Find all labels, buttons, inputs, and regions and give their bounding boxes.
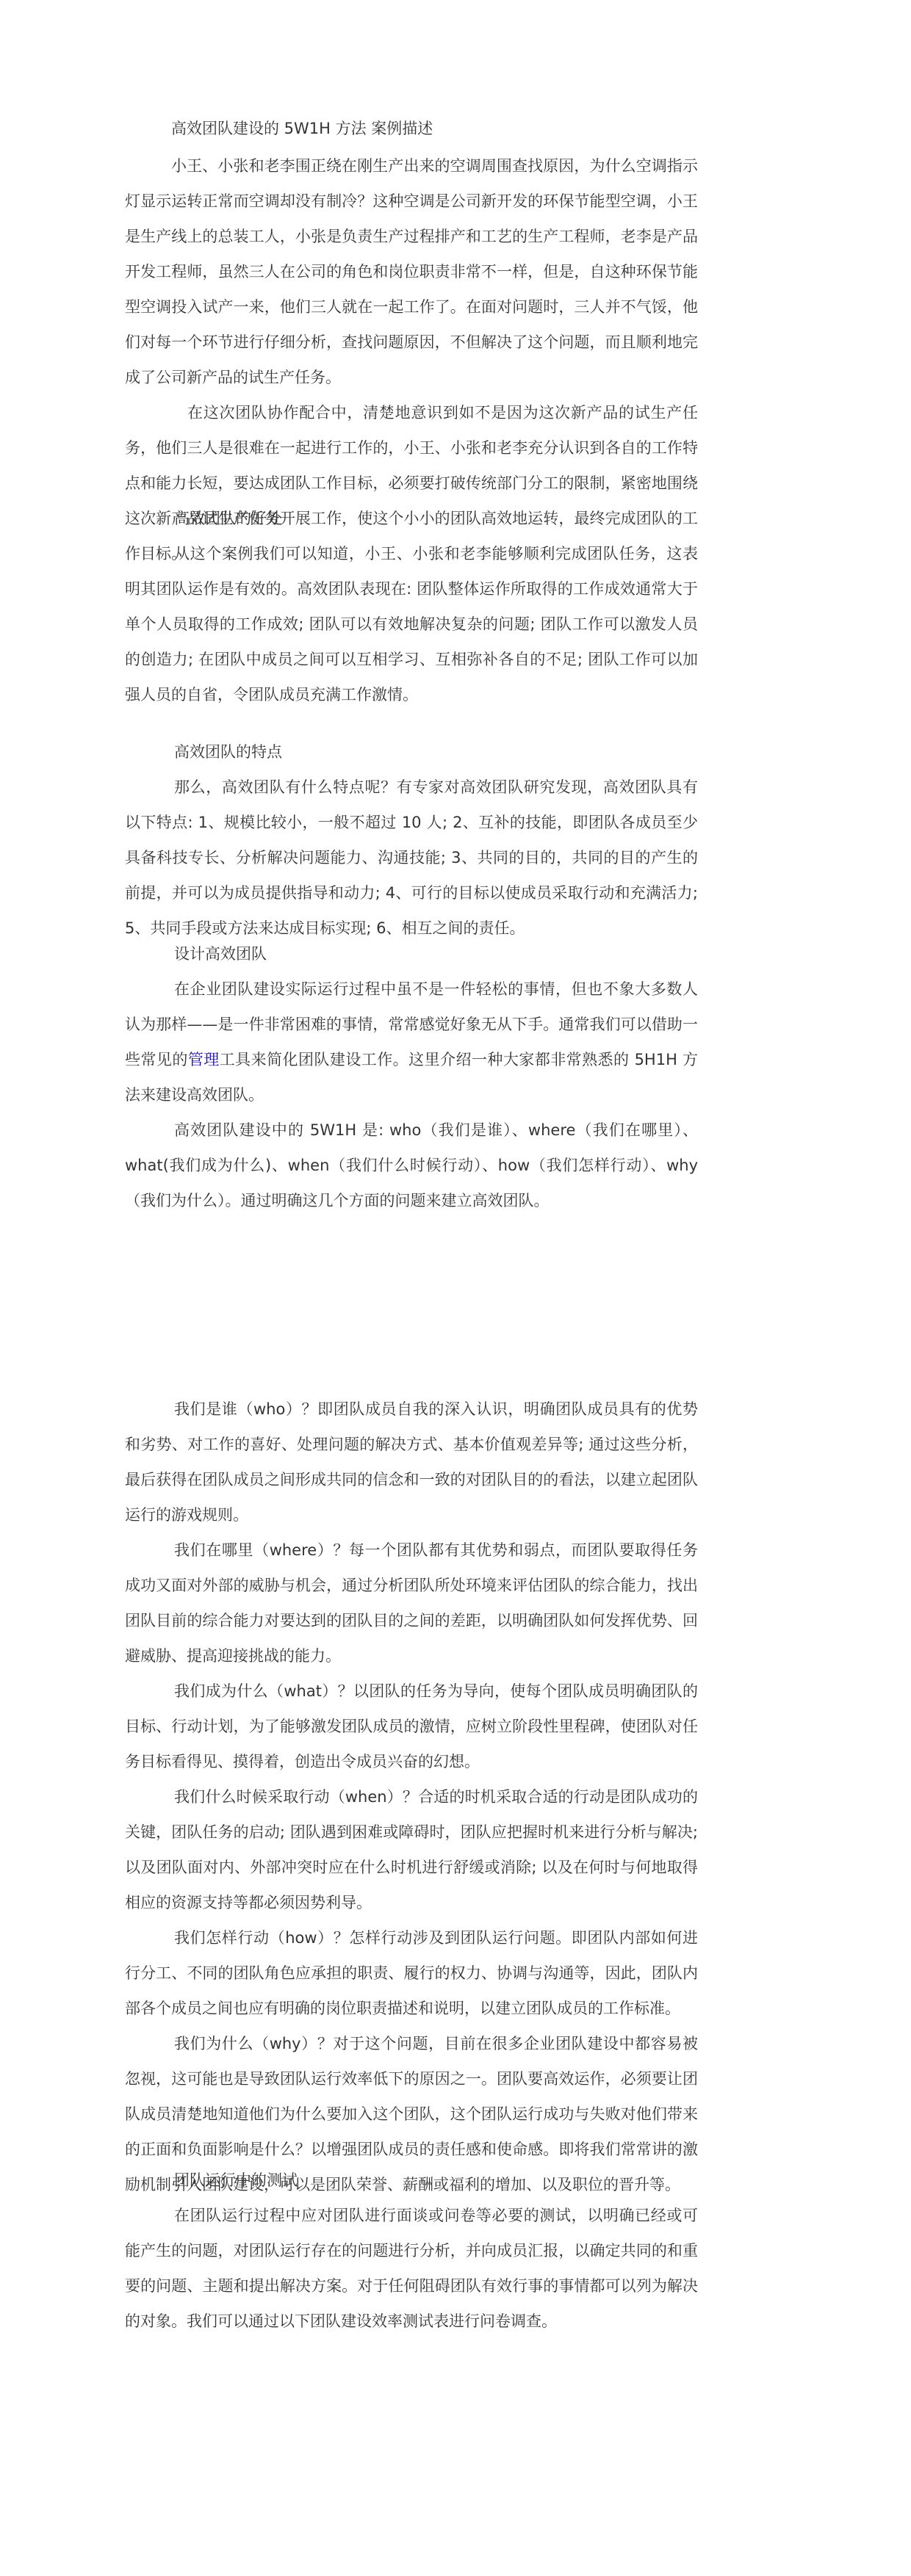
benefits-section: 高效团队的好处 从这个案例我们可以知道，小王、小张和老李能够顺利完成团队任务，这… bbox=[125, 501, 698, 712]
5w1h-details-section: 我们是谁（who）？即团队成员自我的深入认识，明确团队成员具有的优势和劣势、对工… bbox=[125, 1392, 698, 2202]
characteristics-heading: 高效团队的特点 bbox=[125, 734, 698, 770]
case-paragraph-1: 小王、小张和老李围正绕在刚生产出来的空调周围查找原因，为什么空调指示灯显示运转正… bbox=[125, 148, 698, 395]
management-link[interactable]: 管理 bbox=[188, 1051, 220, 1068]
document-title: 高效团队建设的 5W1H 方法 案例描述 bbox=[171, 117, 433, 140]
benefits-heading: 高效团队的好处 bbox=[125, 501, 698, 536]
testing-heading: 团队运行中的测试 bbox=[125, 2163, 698, 2198]
who-paragraph: 我们是谁（who）？即团队成员自我的深入认识，明确团队成员具有的优势和劣势、对工… bbox=[125, 1392, 698, 1533]
how-paragraph: 我们怎样行动（how）？怎样行动涉及到团队运行问题。即团队内部如何进行分工、不同… bbox=[125, 1920, 698, 2026]
testing-paragraph: 在团队运行过程中应对团队进行面谈或问卷等必要的测试，以明确已经或可能产生的问题，… bbox=[125, 2198, 698, 2339]
5w1h-overview-paragraph: 高效团队建设中的 5W1H 是: who（我们是谁）、where（我们在哪里）、… bbox=[125, 1112, 698, 1218]
testing-section: 团队运行中的测试 在团队运行过程中应对团队进行面谈或问卷等必要的测试，以明确已经… bbox=[125, 2163, 698, 2339]
characteristics-section: 高效团队的特点 那么，高效团队有什么特点呢？有专家对高效团队研究发现，高效团队具… bbox=[125, 734, 698, 946]
design-paragraph: 在企业团队建设实际运行过程中虽不是一件轻松的事情，但也不象大多数人认为那样——是… bbox=[125, 972, 698, 1112]
design-section: 设计高效团队 在企业团队建设实际运行过程中虽不是一件轻松的事情，但也不象大多数人… bbox=[125, 936, 698, 1218]
design-heading: 设计高效团队 bbox=[125, 936, 698, 972]
when-paragraph: 我们什么时候采取行动（when）？合适的时机采取合适的行动是团队成功的关键，团队… bbox=[125, 1779, 698, 1920]
characteristics-paragraph: 那么，高效团队有什么特点呢？有专家对高效团队研究发现，高效团队具有以下特点: 1… bbox=[125, 770, 698, 946]
benefits-paragraph: 从这个案例我们可以知道，小王、小张和老李能够顺利完成团队任务，这表明其团队运作是… bbox=[125, 536, 698, 712]
what-paragraph: 我们成为什么（what）？以团队的任务为导向，使每个团队成员明确团队的目标、行动… bbox=[125, 1674, 698, 1779]
where-paragraph: 我们在哪里（where）？每一个团队都有其优势和弱点，而团队要取得任务成功又面对… bbox=[125, 1533, 698, 1674]
